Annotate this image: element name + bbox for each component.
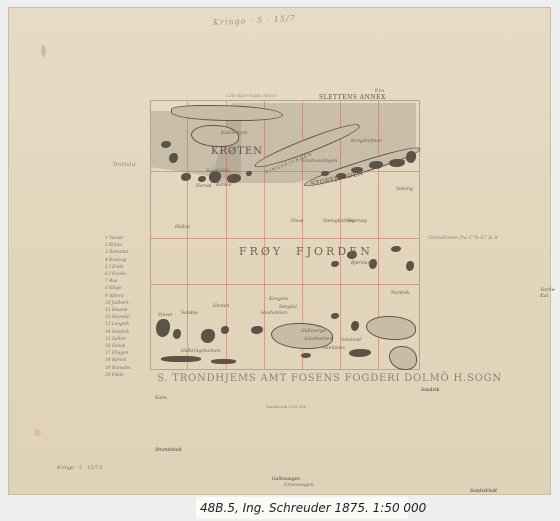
islet (221, 326, 229, 334)
outside-label-kulm: Kulm (155, 396, 167, 401)
island-southeast-corner (389, 346, 417, 370)
top-border-note: Lille Kjerringøy Annex (226, 94, 277, 99)
place-label: Smeland (341, 338, 361, 343)
legend-item: 6 I Knolle (105, 271, 131, 278)
outside-label-sandvik: Sandvik (421, 388, 439, 393)
place-label: Skjervøy (347, 219, 367, 224)
legend-item: 1 Vasset (105, 235, 131, 242)
islet (349, 349, 371, 357)
island-large-southeast (366, 316, 416, 340)
islet (198, 176, 206, 182)
place-label: Nordvik (391, 291, 409, 296)
legend-item: 11 Haunik (105, 307, 131, 314)
ink-stain (34, 429, 41, 436)
outside-label-gullsvaagen: Gullsvaagen (272, 477, 300, 482)
map-frame: Fro SLETTENS ANNEX Lille Kjerringøy Anne… (150, 100, 420, 370)
grid-line (151, 238, 419, 239)
place-label: Hallan (175, 225, 190, 230)
islet (251, 326, 263, 334)
islet (181, 173, 191, 181)
label-froy: FRØY (239, 245, 283, 258)
islet (161, 356, 201, 362)
place-label: Flesø (291, 219, 303, 224)
islet (389, 159, 405, 167)
legend-item: 2 Kinda (105, 242, 131, 249)
place-label: Kongsholmen (351, 139, 382, 144)
right-edge-label: Vardø Kal (540, 287, 552, 299)
outside-label-gullsvaagen-sub: Grovsvaagen (284, 483, 314, 488)
west-label: Dolfsla (113, 162, 136, 168)
grid-line (264, 101, 265, 369)
legend-item: 5 I Enda (105, 264, 131, 271)
legend-item: 12 Hovedal (105, 314, 131, 321)
label-kroten: KRØTEN (211, 146, 263, 157)
place-label: Halbringsholmen (181, 349, 220, 354)
place-label: Sandøy (181, 311, 198, 316)
catalog-label: 48B.5, Ing. Schreuder 1875. 1:50 000 (196, 497, 408, 519)
legend-item: 20 Földe (105, 372, 131, 379)
grid-line (187, 101, 188, 369)
islet (406, 151, 416, 163)
legend-item: 14 Sandvik (105, 329, 131, 336)
islet (391, 246, 401, 252)
place-label: Sundvaeslingen (301, 159, 337, 164)
legend-item: 16 Sabuk (105, 343, 131, 350)
header-pencil-note: Kringo · 5 · 15/7 (213, 14, 296, 27)
scale-note: Maalestok 1:50 000 (266, 404, 306, 409)
place-label: Husholmen (261, 311, 287, 316)
place-label: Kaldbergen (221, 131, 248, 136)
islet (369, 161, 383, 169)
islet (301, 353, 311, 358)
place-label: Gullsverga (301, 329, 326, 334)
place-label: Sandvikbu (206, 169, 230, 174)
footer-title: S. TRONDHJEMS AMT FOSENS FOGDERI DOLMÖ H… (157, 373, 502, 384)
label-fjorden: FJORDEN (296, 245, 373, 258)
legend-item: 17 Fhugen (105, 350, 131, 357)
islet (351, 321, 359, 331)
grid-line (151, 284, 419, 285)
grid-line (151, 171, 419, 172)
place-label: Vebeng (396, 187, 413, 192)
place-label: Kongens (269, 297, 289, 302)
place-label: Bamsli (216, 183, 231, 188)
place-label: Hesten (213, 304, 229, 309)
legend-item: 13 Longvik (105, 321, 131, 328)
islet (201, 329, 215, 343)
place-label: Skeitsnes (323, 346, 345, 351)
place-label: Bjørnland (351, 261, 373, 266)
legend-item: 9 Afdera (105, 293, 131, 300)
islet (156, 319, 170, 337)
right-margin-note: Grundlinien fra C7b 87 & 8 (428, 235, 498, 241)
islet (406, 261, 414, 271)
ink-stain (41, 45, 46, 57)
grid-line (340, 101, 341, 369)
legend-item: 15 Salten (105, 336, 131, 343)
islet (173, 329, 181, 339)
legend-item: 3 Romsdal (105, 249, 131, 256)
legend-item: 10 Jodberk (105, 300, 131, 307)
legend-list: 1 Vasset 2 Kinda 3 Romsdal 4 Kvalvag 5 I… (105, 235, 131, 379)
islet (331, 313, 339, 319)
islet (211, 359, 236, 364)
place-label: Sulstholmen (304, 337, 332, 342)
legend-item: 18 Rørvik (105, 357, 131, 364)
map-sheet: Kringo · 5 · 15/7 Dolfsla 1 Vasset 2 Kin… (8, 7, 551, 495)
legend-item: 4 Kvalvag (105, 257, 131, 264)
legend-item: 8 Kluge (105, 285, 131, 292)
bottom-left-pencil-note: Kringo · 5 · 15/7/1 (57, 465, 103, 471)
place-label: Vinset (158, 313, 172, 318)
place-label: Sørgdal (279, 305, 297, 310)
legend-item: 19 Hansdes (105, 365, 131, 372)
islet (331, 261, 339, 267)
place-label: Harvøl (196, 184, 211, 189)
corner-label: SLETTENS ANNEX (319, 94, 386, 101)
outside-label-stradsholt: Strandsholt (155, 448, 182, 453)
legend-item: 7 Bua (105, 278, 131, 285)
outside-label-sandvik-bottom: Sandvikholt (470, 489, 497, 494)
